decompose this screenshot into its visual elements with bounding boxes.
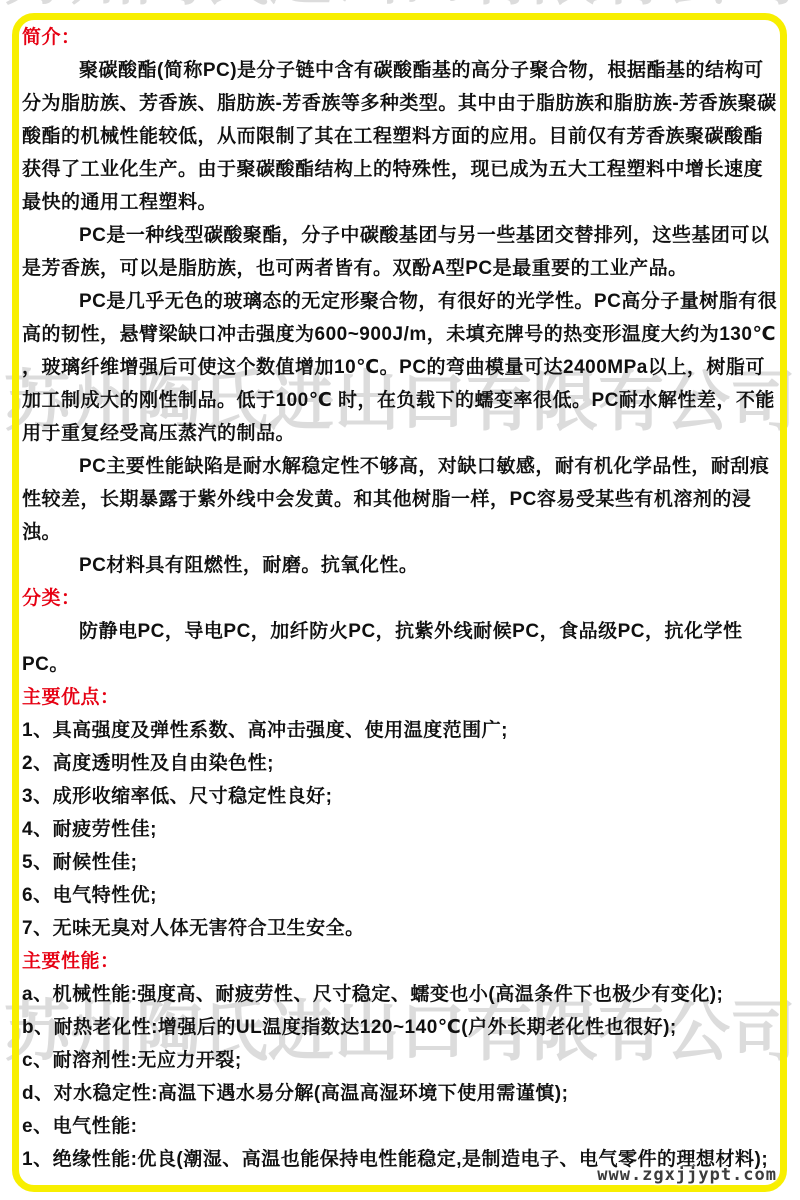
advantage-item-2: 2、高度透明性及自由染色性; [22,747,780,780]
section-heading-advantages: 主要优点： [22,681,780,714]
advantage-item-3: 3、成形收缩率低、尺寸稳定性良好; [22,780,780,813]
intro-paragraph-4: PC主要性能缺陷是耐水解稳定性不够高，对缺口敏感，耐有机化学品性，耐刮痕性较差，… [22,450,780,549]
advantage-item-5: 5、耐候性佳; [22,846,780,879]
property-item-b: b、耐热老化性:增强后的UL温度指数达120~140℃(户外长期老化性也很好); [22,1011,780,1044]
advantage-item-4: 4、耐疲劳性佳; [22,813,780,846]
section-heading-classification: 分类： [22,582,780,615]
classification-paragraph: 防静电PC，导电PC，加纤防火PC，抗紫外线耐候PC，食品级PC，抗化学性PC。 [22,615,780,681]
property-item-c: c、耐溶剂性:无应力开裂; [22,1044,780,1077]
intro-paragraph-5: PC材料具有阻燃性，耐磨。抗氧化性。 [22,549,780,582]
intro-paragraph-3: PC是几乎无色的玻璃态的无定形聚合物，有很好的光学性。PC高分子量树脂有很高的韧… [22,285,780,450]
document-body: 简介： 聚碳酸酯(简称PC)是分子链中含有碳酸酯基的高分子聚合物，根据酯基的结构… [22,21,780,1176]
website-url: www.zgxjjypt.com [597,1165,777,1185]
property-item-a: a、机械性能:强度高、耐疲劳性、尺寸稳定、蠕变也小(高温条件下也极少有变化); [22,978,780,1011]
intro-paragraph-1: 聚碳酸酯(简称PC)是分子链中含有碳酸酯基的高分子聚合物，根据酯基的结构可分为脂… [22,54,780,219]
advantage-item-7: 7、无味无臭对人体无害符合卫生安全。 [22,912,780,945]
property-item-e: e、电气性能: [22,1110,780,1143]
section-heading-intro: 简介： [22,21,780,54]
document-page: 苏州陶氏进出口有限有公司 苏州陶氏进出口有限有公司 苏州陶氏进出口有限有公司 简… [0,0,800,1200]
intro-paragraph-2: PC是一种线型碳酸聚酯，分子中碳酸基团与另一些基团交替排列，这些基团可以是芳香族… [22,219,780,285]
advantage-item-6: 6、电气特性优; [22,879,780,912]
advantage-item-1: 1、具高强度及弹性系数、高冲击强度、使用温度范围广; [22,714,780,747]
watermark-text-top: 苏州陶氏进出口有限有公司 [0,0,800,8]
section-heading-properties: 主要性能： [22,945,780,978]
property-item-d: d、对水稳定性:高温下遇水易分解(高温高湿环境下使用需谨慎); [22,1077,780,1110]
